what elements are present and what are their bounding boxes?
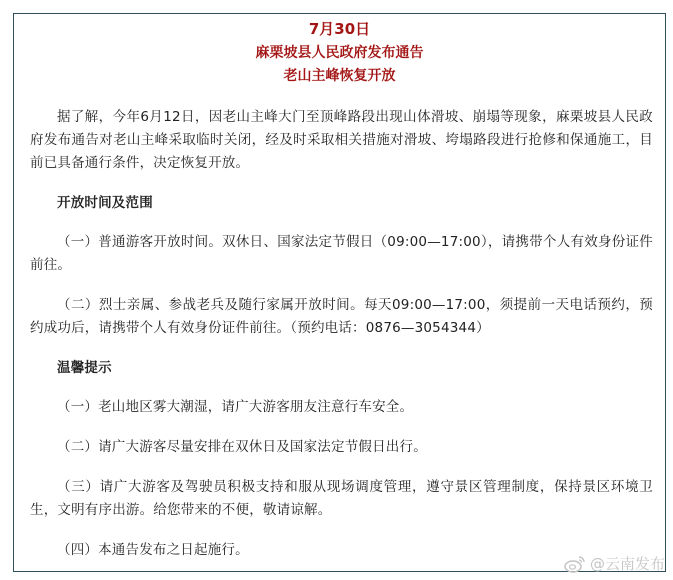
weibo-watermark: @云南发布 (564, 553, 665, 574)
weibo-icon (564, 555, 586, 573)
tip-item: （一）老山地区雾大潮湿，请广大游客朋友注意行车安全。 (30, 396, 653, 419)
notice-date: 7月30日 (14, 18, 665, 42)
notice-subtitle: 老山主峰恢复开放 (14, 65, 665, 89)
open-hours-item: （一）普通游客开放时间。双休日、国家法定节假日（09:00—17:00），请携带… (30, 231, 653, 277)
watermark-text: @云南发布 (590, 553, 665, 574)
open-hours-item: （二）烈士亲属、参战老兵及随行家属开放时间。每天09:00—17:00，须提前一… (30, 294, 653, 340)
section-heading-tips: 温馨提示 (30, 357, 653, 380)
tip-item: （四）本通告发布之日起施行。 (30, 539, 653, 562)
tip-item: （三）请广大游客及驾驶员积极支持和服从现场调度管理，遵守景区管理制度，保持景区环… (30, 476, 653, 522)
notice-title: 麻栗坡县人民政府发布通告 (14, 42, 665, 66)
intro-paragraph: 据了解，今年6月12日，因老山主峰大门至顶峰路段出现山体滑坡、崩塌等现象，麻栗坡… (30, 106, 653, 175)
section-heading-open-hours: 开放时间及范围 (30, 192, 653, 215)
notice-frame: 7月30日 麻栗坡县人民政府发布通告 老山主峰恢复开放 据了解，今年6月12日，… (13, 13, 666, 572)
notice-body: 据了解，今年6月12日，因老山主峰大门至顶峰路段出现山体滑坡、崩塌等现象，麻栗坡… (30, 106, 653, 579)
notice-header: 7月30日 麻栗坡县人民政府发布通告 老山主峰恢复开放 (14, 18, 665, 89)
tip-item: （二）请广大游客尽量安排在双休日及国家法定节假日出行。 (30, 436, 653, 459)
